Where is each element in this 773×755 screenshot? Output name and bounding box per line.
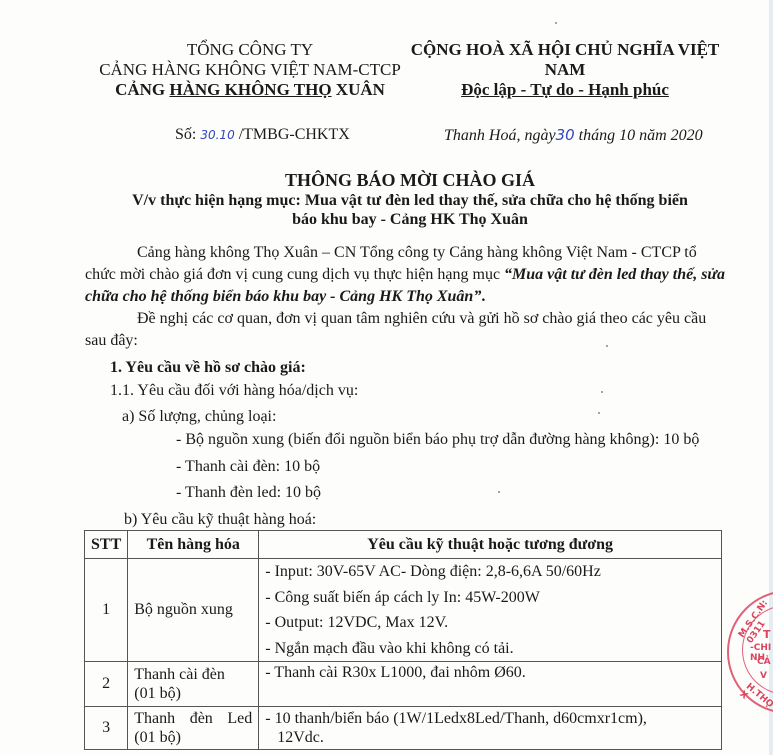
section-b-heading: b) Yêu cầu kỹ thuật hàng hoá: [124, 511, 316, 529]
spec-line: - Input: 30V-65V AC- Dòng điện: 2,8-6,6A… [265, 559, 715, 585]
header-requirements: Yêu cầu kỹ thuật hoặc tương đương [259, 531, 722, 559]
handwritten-number: 30.10 [200, 128, 234, 142]
quantity-item: - Bộ nguồn xung (biến đổi nguồn biển báo… [176, 431, 699, 449]
item-name-line: (01 bộ) [134, 684, 252, 703]
seal-text: T [763, 628, 771, 641]
scan-speck [606, 345, 608, 347]
intro-end: . [481, 288, 485, 305]
spec-line: - Thanh cài R30x L1000, đai nhôm Ø60. [265, 664, 715, 682]
spec-line: - Ngắn mạch đầu vào khi không có tải. [265, 636, 715, 662]
document-title: THÔNG BÁO MỜI CHÀO GIÁ [100, 170, 720, 191]
item-name-line: Thanh đèn Led [134, 709, 252, 728]
row-item-name: Bộ nguồn xung [128, 559, 259, 662]
country-name: CỘNG HOÀ XÃ HỘI CHỦ NGHĨA VIỆT NAM [395, 40, 735, 80]
table-row: 3 Thanh đèn Led (01 bộ) - 10 thanh/biển … [85, 707, 722, 750]
issuer-line-3-prefix: CẢNG [115, 80, 169, 99]
row-item-name: Thanh cài đèn (01 bộ) [128, 662, 259, 707]
document-number: Số: 30.10 /TMBG-CHKTX [175, 126, 350, 144]
request-paragraph: Đề nghị các cơ quan, đơn vị quan tâm ngh… [85, 308, 725, 352]
item-name-line: (01 bộ) [134, 728, 252, 747]
quantity-item: - Thanh cài đèn: 10 bộ [176, 458, 320, 476]
scan-speck [598, 412, 600, 414]
issuer-line-3-underlined: HÀNG KHÔNG THỌ [169, 80, 331, 99]
handwritten-day: 30 [556, 126, 575, 144]
seal-text: CẢ [757, 657, 771, 667]
scan-speck [601, 391, 603, 393]
section-1-heading: 1. Yêu cầu về hồ sơ chào giá: [110, 359, 306, 377]
seal-text: V [760, 671, 767, 681]
scan-speck [498, 491, 500, 493]
spec-line: 12Vdc. [265, 728, 715, 747]
request-text: Đề nghị các cơ quan, đơn vị quan tâm ngh… [85, 310, 706, 349]
table-row: 1 Bộ nguồn xung - Input: 30V-65V AC- Dòn… [85, 559, 722, 662]
subtitle-line-1: V/v thực hiện hạng mục: Mua vật tư đèn l… [100, 191, 720, 210]
section-a-heading: a) Số lượng, chủng loại: [122, 408, 276, 426]
motto: Độc lập - Tự do - Hạnh phúc [395, 80, 735, 100]
row-specs: - Input: 30V-65V AC- Dòng điện: 2,8-6,6A… [259, 559, 722, 662]
subtitle-line-2: báo khu bay - Cảng HK Thọ Xuân [100, 210, 720, 229]
date-prefix: Thanh Hoá, ngày [444, 127, 556, 144]
scan-speck [555, 22, 557, 24]
document-date: Thanh Hoá, ngày30 tháng 10 năm 2020 [444, 126, 703, 145]
intro-paragraph: Cảng hàng không Thọ Xuân – CN Tổng công … [85, 242, 725, 308]
table-header-row: STT Tên hàng hóa Yêu cầu kỹ thuật hoặc t… [85, 531, 722, 559]
spec-line: - 10 thanh/biển báo (1W/1Ledx8Led/Thanh,… [265, 709, 715, 728]
issuer-block: TỔNG CÔNG TY CẢNG HÀNG KHÔNG VIỆT NAM-CT… [90, 40, 410, 100]
row-specs: - 10 thanh/biển báo (1W/1Ledx8Led/Thanh,… [259, 707, 722, 750]
issuer-line-3-suffix: XUÂN [332, 80, 385, 99]
header-stt: STT [85, 531, 128, 559]
spec-line: - Output: 12VDC, Max 12V. [265, 610, 715, 636]
row-stt: 2 [85, 662, 128, 707]
quantity-item: - Thanh đèn led: 10 bộ [176, 484, 321, 502]
number-label: Số: [175, 126, 200, 143]
number-suffix: /TMBG-CHKTX [235, 126, 350, 143]
row-stt: 3 [85, 707, 128, 750]
technical-spec-table: STT Tên hàng hóa Yêu cầu kỹ thuật hoặc t… [84, 530, 722, 750]
row-stt: 1 [85, 559, 128, 662]
issuer-line-3: CẢNG HÀNG KHÔNG THỌ XUÂN [90, 80, 410, 100]
issuer-line-1: TỔNG CÔNG TY [90, 40, 410, 60]
national-motto-block: CỘNG HOÀ XÃ HỘI CHỦ NGHĨA VIỆT NAM Độc l… [395, 40, 735, 100]
spec-line: - Công suất biến áp cách ly In: 45W-200W [265, 585, 715, 611]
issuer-line-2: CẢNG HÀNG KHÔNG VIỆT NAM-CTCP [90, 60, 410, 80]
header-item-name: Tên hàng hóa [128, 531, 259, 559]
row-specs: - Thanh cài R30x L1000, đai nhôm Ø60. [259, 662, 722, 707]
table-row: 2 Thanh cài đèn (01 bộ) - Thanh cài R30x… [85, 662, 722, 707]
section-1-1-heading: 1.1. Yêu cầu đối với hàng hóa/dịch vụ: [110, 382, 358, 400]
date-suffix: tháng 10 năm 2020 [575, 127, 703, 144]
item-name-line: Thanh cài đèn [134, 665, 252, 684]
document-subtitle: V/v thực hiện hạng mục: Mua vật tư đèn l… [100, 191, 720, 229]
row-item-name: Thanh đèn Led (01 bộ) [128, 707, 259, 750]
